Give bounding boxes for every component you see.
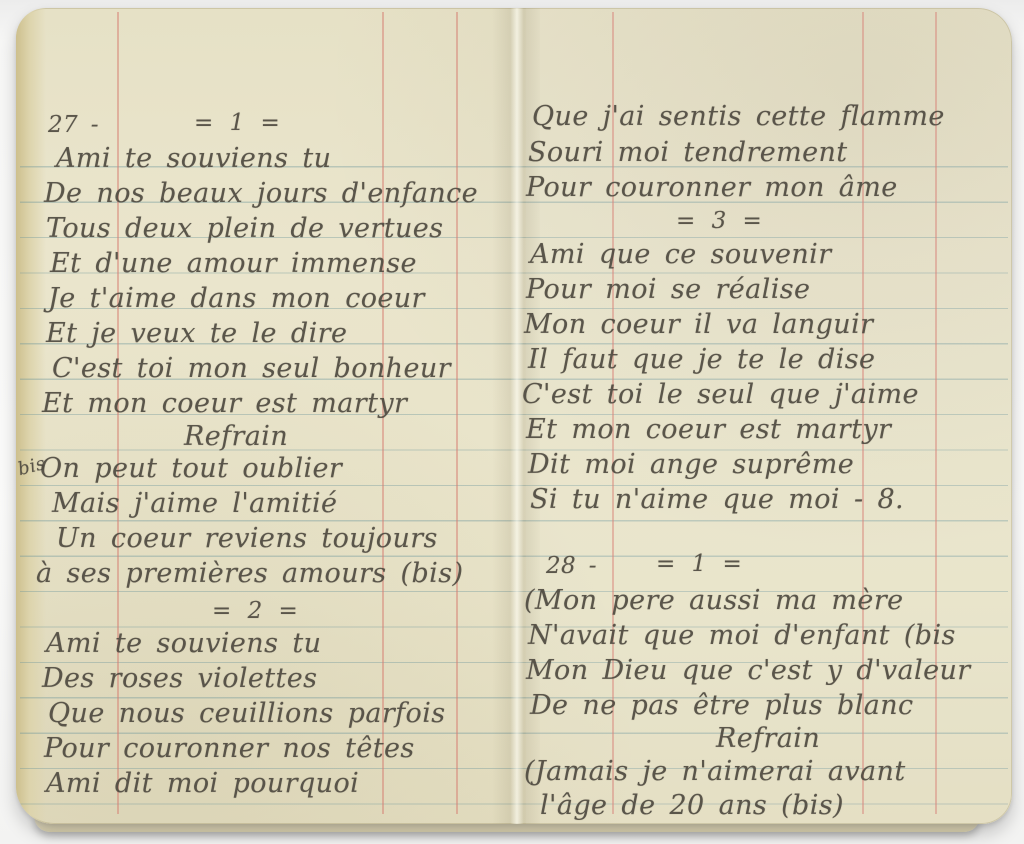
lyric-line: Un coeur reviens toujours [56,522,438,556]
notebook-photo: 27 - = 1 = Ami te souviens tu De nos bea… [0,0,1024,844]
lyric-line: Que j'ai sentis cette flamme [532,100,945,134]
lyric-line: Je t'aime dans mon coeur [48,282,425,316]
lyric-line: Pour moi se réalise [526,273,810,307]
lyric-line: Il faut que je te le dise [528,343,875,377]
lyric-line: Ami te souviens tu [56,142,331,176]
margin-line [456,12,458,814]
notebook-spread: 27 - = 1 = Ami te souviens tu De nos bea… [16,8,1012,824]
verse-label: = 1 = [656,547,744,581]
lyric-line: Et mon coeur est martyr [526,413,891,447]
verse-label: = 1 = [194,106,282,140]
lyric-line: Pour couronner nos têtes [44,732,415,766]
lyric-line: Souri moi tendrement [528,136,848,170]
lyric-line: Et mon coeur est martyr [42,387,407,421]
page-number: 27 - [48,108,99,142]
verse-label: = 3 = [676,204,764,238]
lyric-line: C'est toi le seul que j'aime [522,378,919,412]
lyric-line: N'avait que moi d'enfant (bis [528,619,956,653]
lyric-line: (Mon pere aussi ma mère [524,584,904,618]
verse-label: = 2 = [212,594,300,628]
lyric-line: Tous deux plein de vertues [46,212,443,246]
lyric-line: De nos beaux jours d'enfance [44,177,478,211]
lyric-line: Si tu n'aime que moi - 8. [530,483,904,517]
lyric-line: Des roses violettes [42,662,317,696]
lyric-line: Ami que ce souvenir [530,238,832,272]
lyric-line: Et je veux te le dire [46,317,347,351]
lyric-line: Mon coeur il va languir [524,308,873,342]
lyric-line: C'est toi mon seul bonheur [52,352,451,386]
lyric-line: Pour couronner mon âme [526,171,898,205]
song-number: 28 - [546,549,597,583]
lyric-line: Que nous ceuillions parfois [48,697,446,731]
lyric-line: (Jamais je n'aimerai avant [524,755,906,789]
lyric-line: Mon Dieu que c'est y d'valeur [526,654,971,688]
lyric-line: On peut tout oublier [40,452,342,486]
lyric-line: Mais j'aime l'amitié [52,487,337,521]
lyric-line: De ne pas être plus blanc [530,689,914,723]
refrain-label: Refrain [184,420,288,454]
refrain-label: Refrain [716,722,820,756]
lyric-line: l'âge de 20 ans (bis) [540,789,844,823]
lyric-line: Ami dit moi pourquoi [46,767,359,801]
lyric-line: Et d'une amour immense [50,247,417,281]
lyric-line: Dit moi ange suprême [528,448,854,482]
lyric-line: à ses premières amours (bis) [36,557,463,591]
lyric-line: Ami te souviens tu [46,627,321,661]
